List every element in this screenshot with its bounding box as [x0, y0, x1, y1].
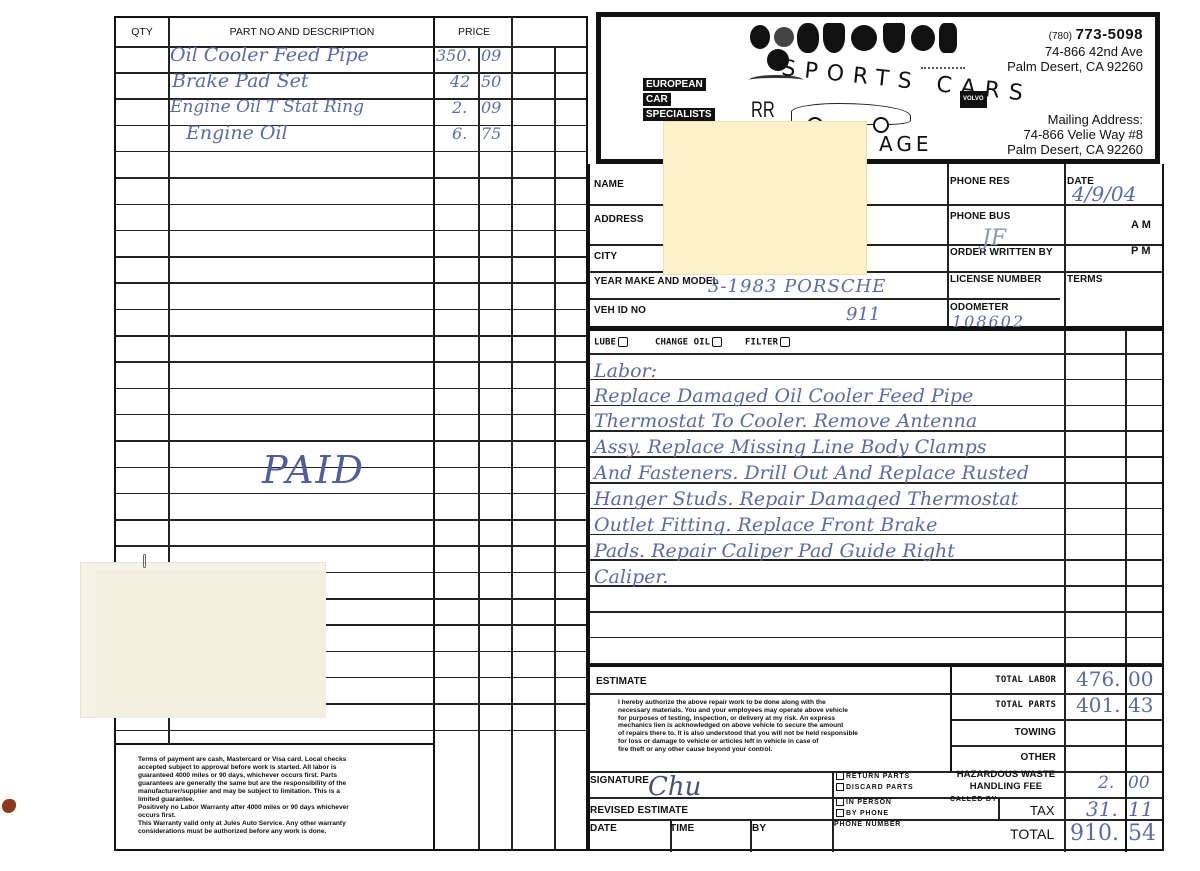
part-price-cents: 09	[481, 98, 501, 117]
total-dollars: 910.	[1070, 821, 1119, 846]
tag-specialists: SPECIALISTS	[643, 108, 715, 121]
total-parts-dollars: 401.	[1076, 693, 1121, 717]
staple-icon	[143, 554, 146, 568]
maserati-logo-icon	[797, 23, 819, 53]
estimate-title: ESTIMATE	[596, 676, 647, 687]
lotus-logo-icon	[851, 25, 877, 51]
hazardous-waste-dollars: 2.	[1098, 773, 1114, 793]
labor-line: Hanger Studs. Repair Damaged Thermostat	[594, 488, 1018, 510]
return-parts-checkbox[interactable]: RETURN PARTS	[836, 772, 910, 780]
est-date-label: DATE	[590, 823, 617, 834]
ymm-value: 3-1983 PORSCHE	[708, 276, 886, 297]
lube-checkbox[interactable]: LUBE	[594, 337, 628, 348]
name-label: NAME	[594, 179, 624, 190]
authorization-text: I hereby authorize the above repair work…	[618, 699, 858, 754]
sticky-note	[664, 122, 866, 274]
part-description: Oil Cooler Feed Pipe	[170, 44, 369, 66]
date-value: 4/9/04	[1072, 182, 1136, 206]
est-time-label: TIME	[670, 823, 694, 834]
by-phone-checkbox[interactable]: BY PHONE	[836, 809, 889, 817]
signature-value: Chu	[648, 772, 701, 802]
pm-label: P M	[1131, 245, 1151, 257]
alfa-logo-icon	[883, 23, 905, 53]
part-price-dollars: 6.	[452, 124, 467, 143]
attached-receipt-back	[96, 570, 326, 718]
part-description: Engine Oil T Stat Ring	[170, 97, 364, 117]
mailing-city: Palm Desert, CA 92260	[1007, 142, 1143, 158]
porsche-logo-icon	[823, 23, 845, 53]
total-parts-label: TOTAL PARTS	[940, 700, 1056, 710]
city-label: CITY	[594, 251, 617, 262]
jaguar-logo-icon	[911, 25, 935, 51]
phone-bus-label: PHONE BUS	[950, 211, 1010, 222]
part-price-cents: 09	[481, 46, 501, 65]
total-cents: 54	[1128, 821, 1156, 846]
shop-street: 74-866 42nd Ave	[1045, 44, 1143, 60]
mailing-street: 74-866 Velie Way #8	[1024, 127, 1143, 143]
mg-logo-icon	[750, 25, 770, 49]
labor-line: Replace Damaged Oil Cooler Feed Pipe	[594, 385, 973, 407]
terms-label: TERMS	[1067, 274, 1103, 285]
license-label: LICENSE NUMBER	[950, 274, 1041, 285]
total-labor-label: TOTAL LABOR	[940, 675, 1056, 685]
labor-line: Outlet Fitting. Replace Front Brake	[594, 514, 937, 536]
total-parts-cents: 43	[1128, 693, 1153, 717]
ymm-label: YEAR MAKE AND MODEL	[594, 276, 719, 287]
brand-prefix: RR	[751, 97, 775, 123]
phone-number-label: PHONE NUMBER	[834, 821, 901, 828]
hazardous-waste-cents: 00	[1128, 773, 1150, 793]
labor-line: Labor:	[594, 360, 657, 382]
change-oil-checkbox[interactable]: CHANGE OIL	[655, 337, 722, 348]
vin-label: VEH ID NO	[594, 305, 646, 316]
shop-city: Palm Desert, CA 92260	[1007, 59, 1143, 75]
total-labor-cents: 00	[1128, 667, 1153, 691]
description-header: PART NO AND DESCRIPTION	[170, 18, 434, 46]
price-header: PRICE	[436, 18, 512, 46]
total-label: TOTAL	[1010, 826, 1054, 842]
filter-checkbox-icon[interactable]	[780, 337, 790, 347]
labor-line: And Fasteners. Drill Out And Replace Rus…	[594, 462, 1029, 484]
filter-checkbox[interactable]: FILTER	[745, 337, 790, 348]
terms-of-payment: Terms of payment are cash, Mastercard or…	[138, 756, 413, 836]
labor-line: Assy. Replace Missing Line Body Clamps	[594, 436, 987, 458]
labor-line: Caliper.	[594, 566, 668, 588]
phone-res-label: PHONE RES	[950, 176, 1010, 187]
part-price-dollars: 2.	[452, 98, 467, 117]
vin-value: 911	[846, 304, 880, 325]
called-by-label: CALLED BY	[950, 796, 997, 803]
revised-estimate-label: REVISED ESTIMATE	[590, 805, 688, 816]
tax-label: TAX	[1030, 803, 1055, 818]
labor-line: Pads. Repair Caliper Pad Guide Right	[594, 540, 955, 562]
towing-label: TOWING	[940, 727, 1056, 738]
part-price-cents: 75	[481, 124, 501, 143]
tax-dollars: 31.	[1086, 797, 1118, 821]
discard-parts-checkbox[interactable]: DISCARD PARTS	[836, 783, 913, 791]
triumph-logo-icon	[774, 27, 794, 47]
part-description: Brake Pad Set	[172, 70, 309, 92]
other-label: OTHER	[940, 752, 1056, 763]
mailing-label: Mailing Address:	[1048, 112, 1143, 128]
est-by-label: BY	[752, 823, 766, 834]
labor-line: Thermostat To Cooler. Remove Antenna	[594, 410, 977, 432]
written-by-value: JF	[982, 226, 1006, 251]
shop-phone: (780) 773-5098	[1049, 27, 1143, 45]
paid-note: PAID	[262, 448, 365, 492]
lube-checkbox-icon[interactable]	[618, 337, 628, 347]
qty-header: QTY	[116, 18, 168, 46]
part-price-cents: 50	[481, 72, 501, 91]
change-oil-checkbox-icon[interactable]	[712, 337, 722, 347]
stain-mark	[2, 799, 16, 813]
in-person-checkbox[interactable]: IN PERSON	[836, 798, 892, 806]
part-price-dollars: 350.	[436, 46, 472, 65]
address-label: ADDRESS	[594, 214, 644, 225]
part-description: Engine Oil	[186, 122, 288, 144]
ferrari-logo-icon	[939, 23, 957, 53]
am-label: A M	[1131, 219, 1151, 231]
part-price-dollars: 42	[450, 72, 470, 91]
brand-name: SPORTS CARS	[780, 56, 1033, 107]
brand-bottom: AGE	[879, 132, 932, 156]
tax-cents: 11	[1128, 797, 1153, 821]
signature-label: SIGNATURE	[590, 775, 649, 786]
total-labor-dollars: 476.	[1076, 667, 1121, 691]
tag-car: CAR	[643, 93, 671, 106]
tag-european: EUROPEAN	[643, 78, 706, 91]
hazardous-waste-label: HAZARDOUS WASTE HANDLING FEE	[950, 769, 1062, 793]
